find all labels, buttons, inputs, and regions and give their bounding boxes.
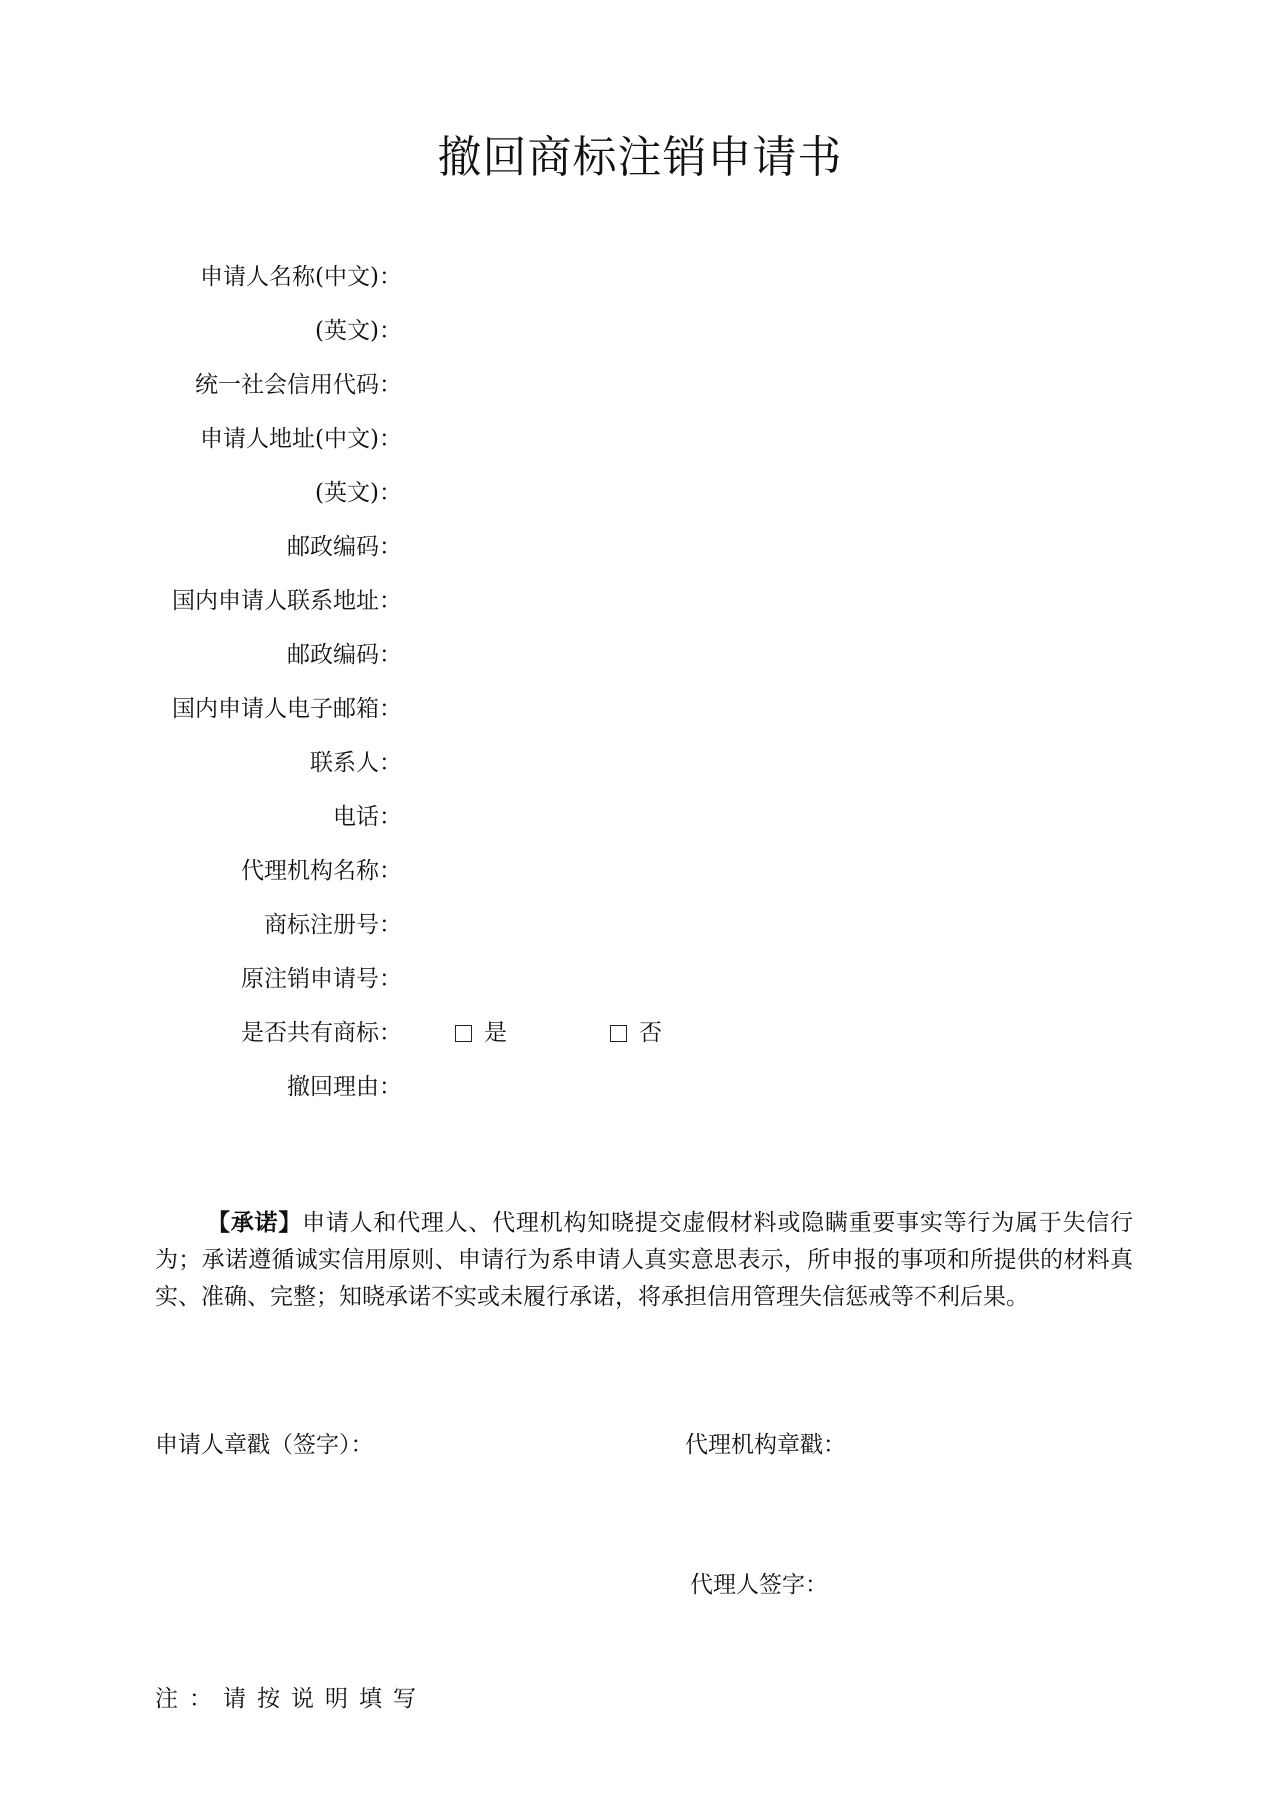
withdraw-reason-input[interactable] xyxy=(410,1071,1134,1105)
field-credit-code: 统一社会信用代码： xyxy=(0,365,1280,405)
option-label: 是 xyxy=(484,1013,507,1053)
original-cancel-app-no-input[interactable] xyxy=(410,963,1134,997)
field-label: 原注销申请号： xyxy=(241,959,402,999)
field-label: 统一社会信用代码： xyxy=(195,365,402,405)
domestic-contact-address-input[interactable] xyxy=(410,585,1134,619)
checkbox-icon[interactable] xyxy=(610,1025,627,1042)
field-label: 电话： xyxy=(333,797,402,837)
field-label: 申请人地址(中文)： xyxy=(200,419,402,459)
field-shared-trademark: 是否共有商标： 是 否 xyxy=(0,1013,1280,1053)
field-label: 国内申请人联系地址： xyxy=(172,581,402,621)
field-label: 撤回理由： xyxy=(287,1067,402,1107)
field-domestic-email: 国内申请人电子邮箱： xyxy=(0,689,1280,729)
field-postal-code: 邮政编码： xyxy=(0,527,1280,567)
applicant-address-cn-input[interactable] xyxy=(410,423,1134,457)
field-agency-name: 代理机构名称： xyxy=(0,851,1280,891)
option-label: 否 xyxy=(639,1013,662,1053)
credit-code-input[interactable] xyxy=(410,369,1134,403)
applicant-name-en-input[interactable] xyxy=(410,315,1134,349)
applicant-seal-label: 申请人章戳（签字）： xyxy=(155,1428,374,1462)
field-phone: 电话： xyxy=(0,797,1280,837)
agency-seal-label: 代理机构章戳： xyxy=(685,1428,846,1462)
field-withdraw-reason: 撤回理由： xyxy=(0,1067,1280,1107)
field-label: (英文)： xyxy=(315,311,402,351)
field-label: 代理机构名称： xyxy=(241,851,402,891)
field-label: 是否共有商标： xyxy=(241,1013,402,1053)
domestic-postal-code-input[interactable] xyxy=(410,639,1134,673)
phone-input[interactable] xyxy=(410,801,1134,835)
agency-name-input[interactable] xyxy=(410,855,1134,889)
agent-signature-label: 代理人签字： xyxy=(690,1568,828,1602)
document-title: 撤回商标注销申请书 xyxy=(0,128,1280,188)
fill-instruction-note: 注：请按说明填写 xyxy=(155,1680,427,1713)
pledge-heading: 【承诺】 xyxy=(207,1209,302,1236)
field-trademark-reg-no: 商标注册号： xyxy=(0,905,1280,945)
checkbox-icon[interactable] xyxy=(455,1025,472,1042)
field-applicant-address-en: (英文)： xyxy=(0,473,1280,513)
trademark-reg-no-input[interactable] xyxy=(410,909,1134,943)
field-applicant-name-cn: 申请人名称(中文)： xyxy=(0,257,1280,297)
applicant-address-en-input[interactable] xyxy=(410,477,1134,511)
field-label: 联系人： xyxy=(310,743,402,783)
field-contact-person: 联系人： xyxy=(0,743,1280,783)
field-label: 邮政编码： xyxy=(287,635,402,675)
field-original-cancel-app-no: 原注销申请号： xyxy=(0,959,1280,999)
shared-no-option[interactable]: 否 xyxy=(610,1013,662,1053)
pledge-paragraph: 【承诺】申请人和代理人、代理机构知晓提交虚假材料或隐瞒重要事实等行为属于失信行为… xyxy=(155,1204,1133,1316)
field-label: 国内申请人电子邮箱： xyxy=(172,689,402,729)
domestic-email-input[interactable] xyxy=(410,693,1134,727)
field-domestic-postal-code: 邮政编码： xyxy=(0,635,1280,675)
field-label: (英文)： xyxy=(315,473,402,513)
field-applicant-address-cn: 申请人地址(中文)： xyxy=(0,419,1280,459)
field-label: 商标注册号： xyxy=(264,905,402,945)
field-applicant-name-en: (英文)： xyxy=(0,311,1280,351)
contact-person-input[interactable] xyxy=(410,747,1134,781)
field-domestic-contact-address: 国内申请人联系地址： xyxy=(0,581,1280,621)
field-label: 申请人名称(中文)： xyxy=(200,257,402,297)
applicant-name-cn-input[interactable] xyxy=(410,261,1134,295)
pledge-text: 申请人和代理人、代理机构知晓提交虚假材料或隐瞒重要事实等行为属于失信行为；承诺遵… xyxy=(155,1210,1133,1310)
field-label: 邮政编码： xyxy=(287,527,402,567)
shared-yes-option[interactable]: 是 xyxy=(455,1013,507,1053)
postal-code-input[interactable] xyxy=(410,531,1134,565)
